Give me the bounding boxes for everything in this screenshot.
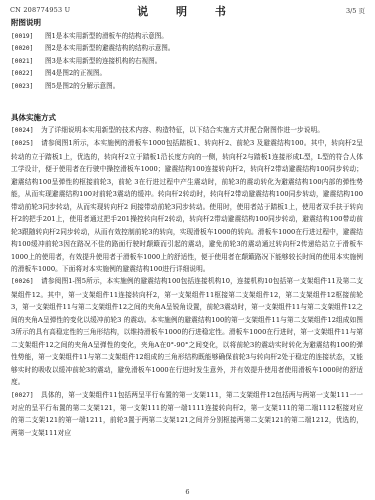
paragraph-text: 具体的，第一支架组件11包括两呈平行布置的第一支架111，第二支架组件12包括两… — [11, 391, 363, 437]
paragraph-number: [0022] — [11, 68, 45, 80]
paragraph-number: [0020] — [11, 43, 45, 55]
figure-item: [0020]图2是本实用新型的避震结构的结构示意图。 — [11, 42, 366, 54]
figure-item: [0022]图4是图2的正视图。 — [11, 67, 366, 79]
paragraph-text: 请参阅图1-图5所示，本实施例的避震结构100包括连接机构10，连接机构10包括… — [11, 277, 363, 386]
embodiment-body: [0024]为了详细说明本实用新型的技术内容、构造特征，以下结合实施方式并配合附… — [11, 124, 363, 439]
patent-page: CN 208774953 U 说 明 书 3/5 页 附图说明 [0019]图1… — [0, 0, 375, 500]
figure-item: [0023]图5是图2的分解示意图。 — [11, 80, 366, 92]
paragraph-number: [0027] — [11, 390, 41, 402]
section-title-embodiment: 具体实施方式 — [11, 112, 56, 123]
paragraph-text: 为了详细说明本实用新型的技术内容、构造特征，以下结合实施方式并配合附图作进一步说… — [41, 126, 324, 134]
section-title-figures: 附图说明 — [11, 17, 41, 28]
page-header: CN 208774953 U 说 明 书 3/5 页 — [10, 3, 365, 19]
figure-item: [0019]图1是本实用新型的滑板车的结构示意图。 — [11, 30, 366, 42]
paragraph-number: [0025] — [11, 138, 41, 150]
paragraph-0026: [0026]请参阅图1-图5所示，本实施例的避震结构100包括连接机构10，连接… — [11, 275, 363, 388]
figure-text: 图2是本实用新型的避震结构的结构示意图。 — [45, 44, 174, 52]
figure-item: [0021]图3是本实用新型的连接机构的右视图。 — [11, 55, 366, 67]
page-number: 6 — [0, 488, 375, 496]
paragraph-0027: [0027]具体的，第一支架组件11包括两呈平行布置的第一支架111，第二支架组… — [11, 389, 363, 440]
paragraph-number: [0026] — [11, 276, 41, 288]
paragraph-number: [0024] — [11, 125, 41, 137]
document-title: 说 明 书 — [10, 3, 365, 19]
paragraph-text: 请参阅图1所示，本实施例的滑板车1000包括踏板1、转向杆2、前轮3 及避震结构… — [11, 139, 363, 273]
figure-text: 图4是图2的正视图。 — [45, 69, 106, 77]
figure-text: 图1是本实用新型的滑板车的结构示意图。 — [45, 32, 168, 40]
figure-description-list: [0019]图1是本实用新型的滑板车的结构示意图。 [0020]图2是本实用新型… — [11, 30, 366, 92]
paragraph-0024: [0024]为了详细说明本实用新型的技术内容、构造特征，以下结合实施方式并配合附… — [11, 124, 363, 137]
figure-text: 图3是本实用新型的连接机构的右视图。 — [45, 57, 161, 65]
paragraph-0025: [0025]请参阅图1所示，本实施例的滑板车1000包括踏板1、转向杆2、前轮3… — [11, 137, 363, 275]
figure-text: 图5是图2的分解示意图。 — [45, 82, 119, 90]
page-count: 3/5 页 — [346, 6, 365, 15]
paragraph-number: [0023] — [11, 81, 45, 93]
